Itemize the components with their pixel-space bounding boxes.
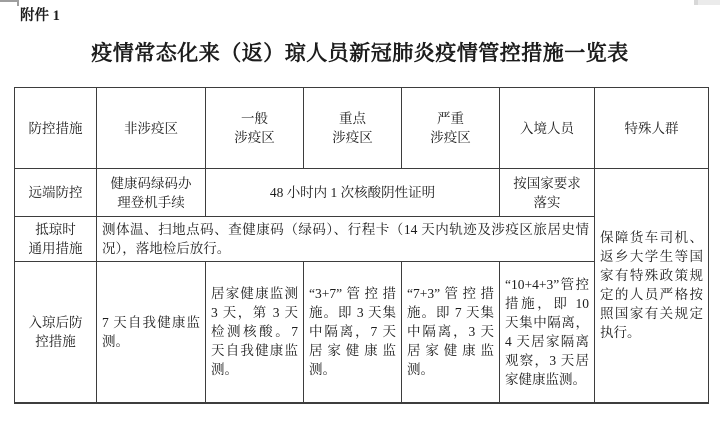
cell-post-entry-key-area: “3+7”管控措施。即 3 天集中隔离，7 天居家健康监测。 — [304, 262, 402, 403]
col-header-entry-personnel: 入境人员 — [500, 88, 595, 169]
col-header-non-epidemic-area: 非涉疫区 — [97, 88, 206, 169]
attachment-label: 附件 1 — [20, 7, 60, 25]
table-header-row: 防控措施 非涉疫区 一般 涉疫区 重点 涉疫区 严重 涉疫区 入境人员 特殊人群 — [15, 88, 709, 169]
cell-remote-entry-personnel: 按国家要求 落实 — [500, 169, 595, 217]
screen-edge-artifact-top-right — [694, 0, 720, 5]
cell-post-entry-entry-personnel: “10+4+3”管控措施，即 10 天集中隔离，4 天居家隔离观察，3 天居家健… — [500, 262, 595, 403]
cell-post-entry-general-area: 居家健康监测 3 天，第 3 天检测核酸。7 天自我健康监测。 — [206, 262, 304, 403]
cell-special-groups: 保障货车司机、返乡大学生等国家有特殊政策规定的人员严格按照国家有关规定执行。 — [595, 169, 709, 403]
cell-arrival-common-measures: 测体温、扫地点码、查健康码（绿码）、行程卡（14 天内轨迹及涉疫区旅居史情况），… — [97, 217, 595, 262]
table-row-remote-prevention: 远端防控 健康码绿码办 理登机手续 48 小时内 1 次核酸阴性证明 按国家要求… — [15, 169, 709, 217]
control-measures-table: 防控措施 非涉疫区 一般 涉疫区 重点 涉疫区 严重 涉疫区 入境人员 特殊人群… — [14, 87, 709, 404]
col-header-key-epidemic-area: 重点 涉疫区 — [304, 88, 402, 169]
col-header-special-groups: 特殊人群 — [595, 88, 709, 169]
row-header-post-entry-measures: 入琼后防 控措施 — [15, 262, 97, 403]
cell-post-entry-non-epidemic: 7 天自我健康监测。 — [97, 262, 206, 403]
col-header-prevention-measures: 防控措施 — [15, 88, 97, 169]
screen-edge-artifact-top-left-vertical — [17, 0, 19, 6]
cell-remote-nucleic-acid-proof: 48 小时内 1 次核酸阴性证明 — [206, 169, 500, 217]
cell-remote-non-epidemic: 健康码绿码办 理登机手续 — [97, 169, 206, 217]
row-header-arrival-common-measures: 抵琼时 通用措施 — [15, 217, 97, 262]
page-title: 疫情常态化来（返）琼人员新冠肺炎疫情管控措施一览表 — [0, 40, 720, 66]
cell-post-entry-severe-area: “7+3”管控措施。即 7 天集中隔离，3 天居家健康监测。 — [402, 262, 500, 403]
col-header-general-epidemic-area: 一般 涉疫区 — [206, 88, 304, 169]
col-header-severe-epidemic-area: 严重 涉疫区 — [402, 88, 500, 169]
row-header-remote-prevention: 远端防控 — [15, 169, 97, 217]
